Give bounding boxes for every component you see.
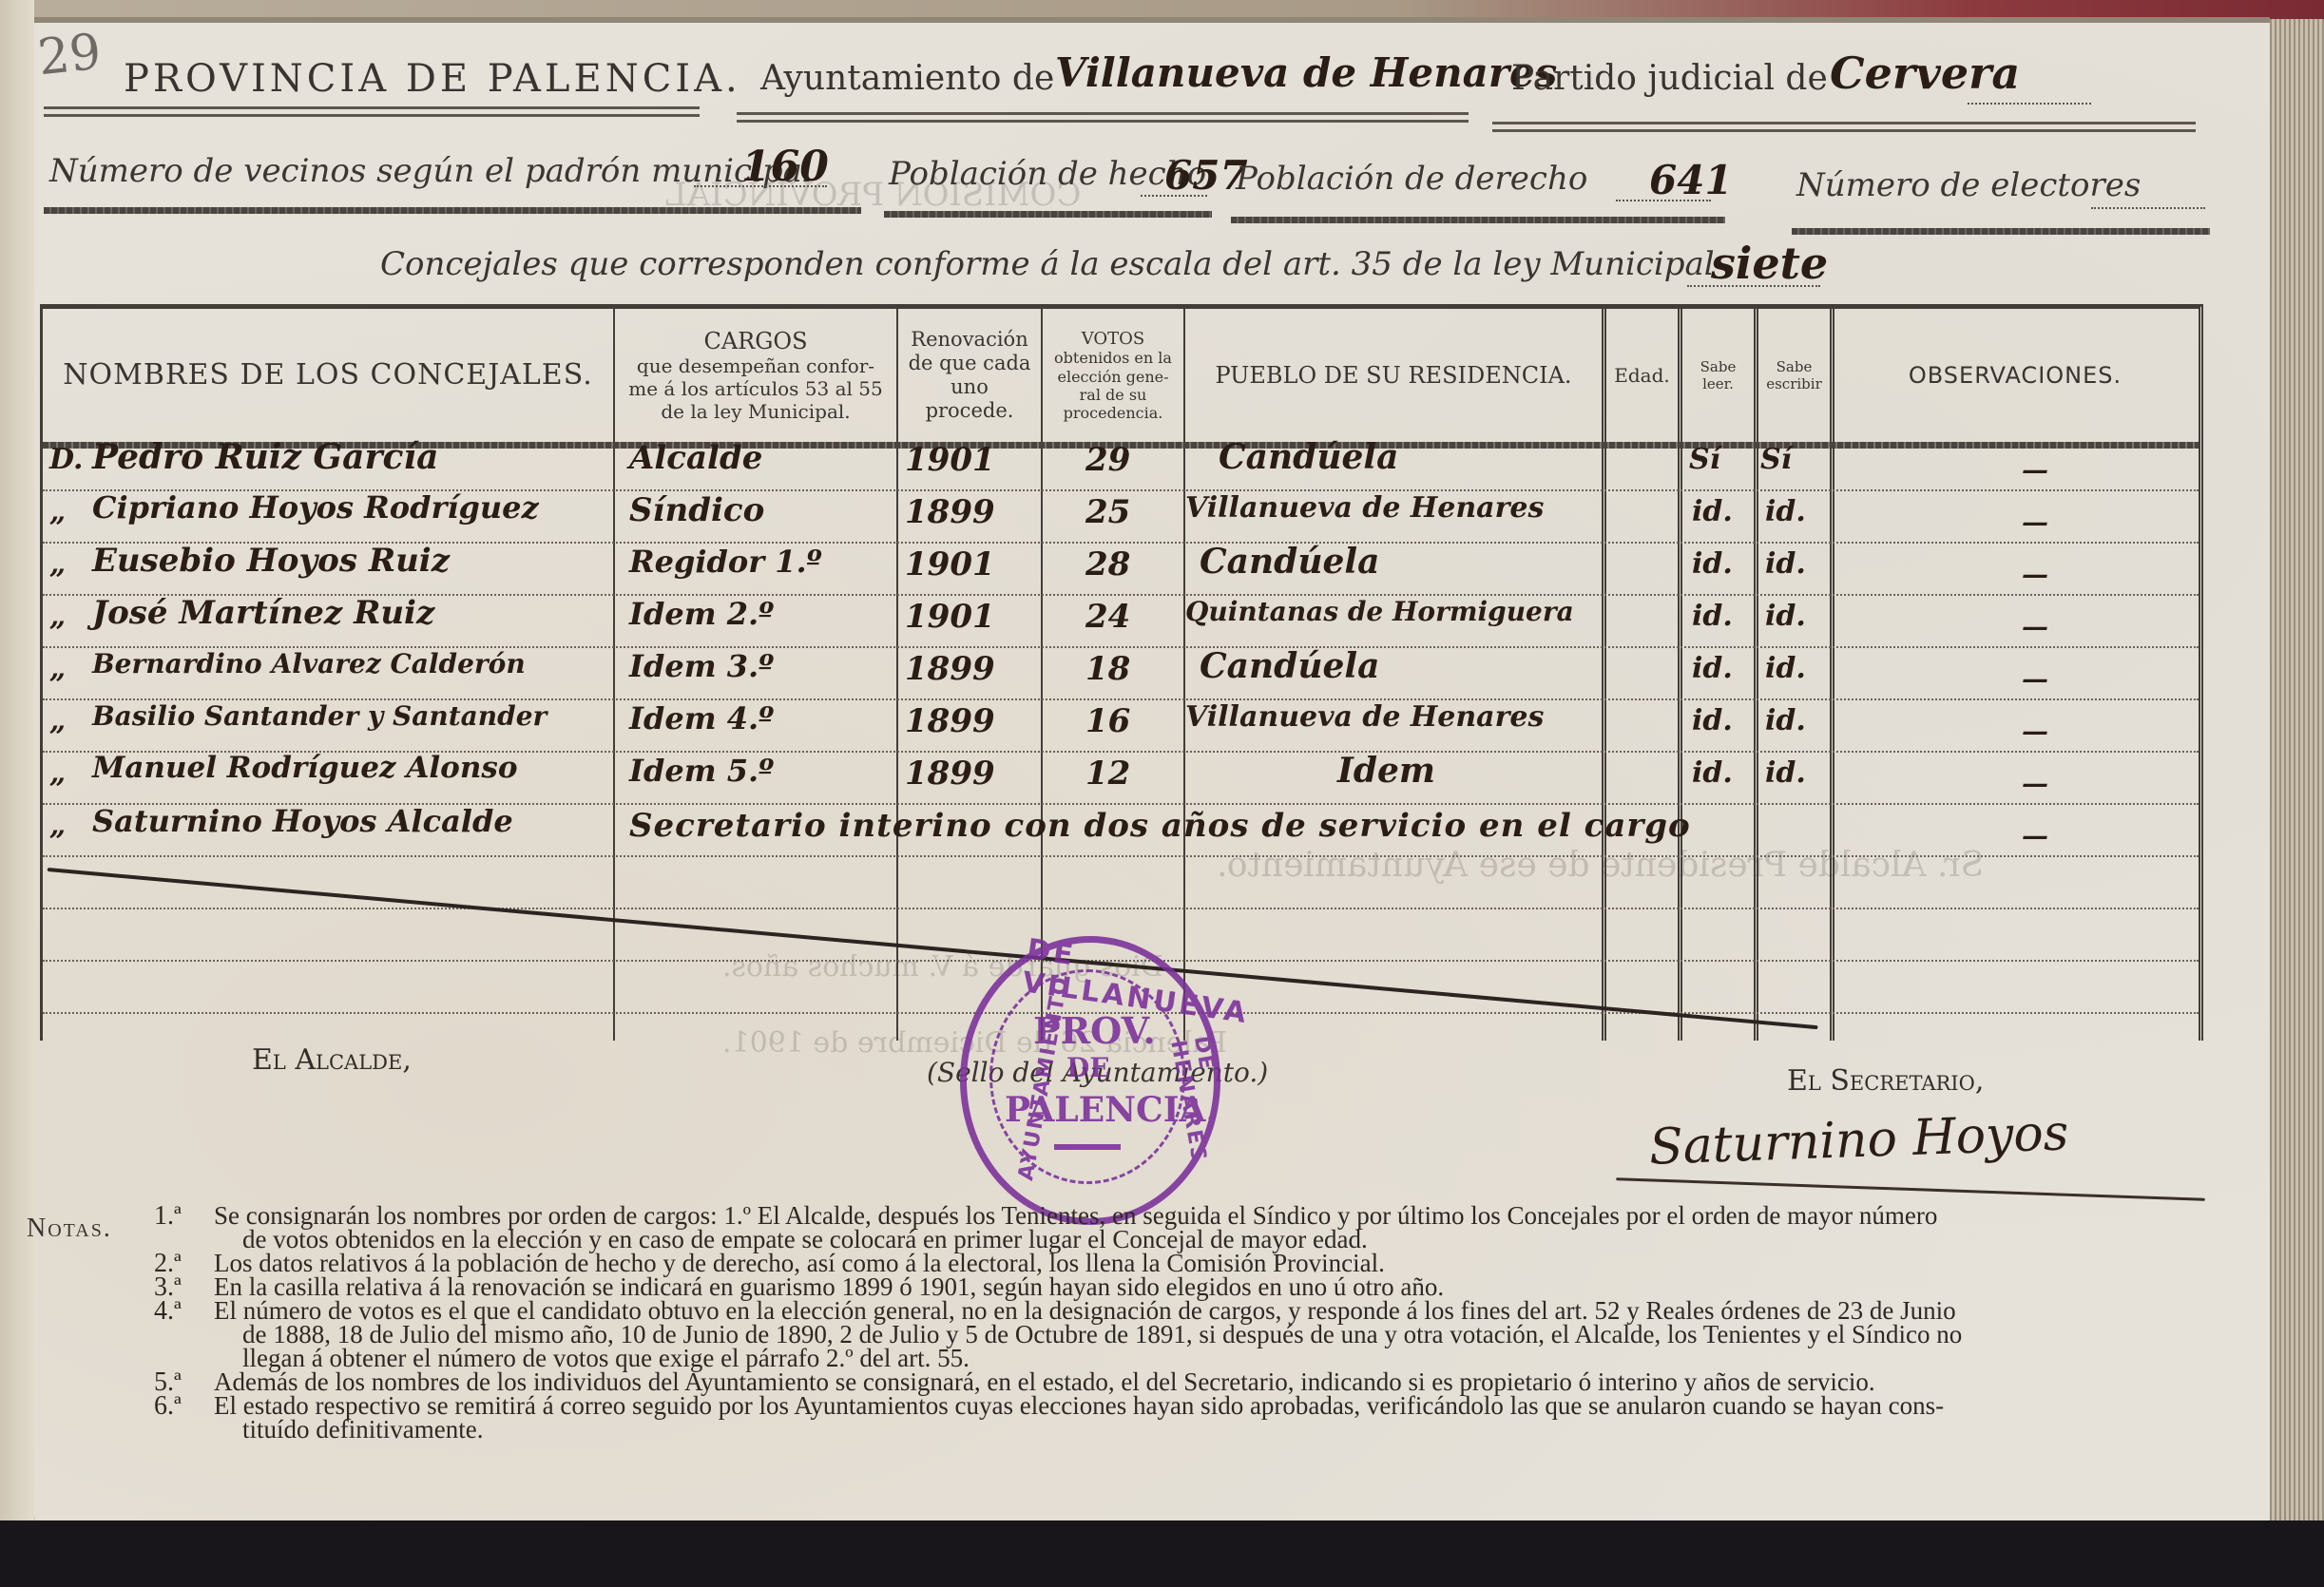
row-pueblo: Quintanas de Hormiguera [1185,596,1574,627]
row-nombre: Saturnino Hoyos Alcalde [92,803,513,839]
derecho-label: Población de derecho [1236,160,1587,198]
row-sabe-escribir: id. [1765,495,1806,528]
row-nombre: Eusebio Hoyos Ruiz [92,542,450,580]
table-row: „ Cipriano Hoyos Rodríguez Síndico 1899 … [40,488,2188,540]
derecho-value: 641 [1649,157,1733,203]
book-gutter [0,0,36,1530]
row-prefix: „ [49,809,66,842]
row-cargo: Idem 3.º [629,648,774,684]
row-prefix: „ [49,704,66,737]
row-observaciones: — [2022,663,2048,695]
row-votos: 28 [1085,545,1130,583]
row-votos: 12 [1085,755,1130,793]
row-secretario-note: Secretario interino con dos años de serv… [629,807,1691,845]
partido-value: Cervera [1830,48,2020,99]
stamp-dash [1054,1144,1121,1150]
row-observaciones: — [2022,507,2048,538]
hecho-label: Población de hecho [889,155,1206,193]
rule [1492,122,2196,132]
row-observaciones: — [2022,559,2048,590]
notes-label: Notas. [27,1214,112,1244]
row-prefix: „ [49,756,66,790]
row-prefix: „ [49,652,66,685]
row-renovacion: 1899 [905,755,995,793]
row-renovacion: 1901 [905,441,995,479]
rule [44,106,700,117]
stamp-center-line-2: DE [1066,1052,1110,1083]
dotted-leader [1687,285,1820,287]
table-row: „ Basilio Santander y Santander Idem 4.º… [40,697,2188,749]
row-pueblo: Candúela [1200,646,1379,686]
ayuntamiento-value: Villanueva de Henares [1055,49,1557,96]
folio-margin-note: 29 [35,24,104,87]
rule [44,207,861,214]
note-number: 1.ª [154,1203,182,1229]
row-prefix: „ [49,600,66,633]
row-pueblo: Villanueva de Henares [1185,700,1544,734]
row-votos: 16 [1085,702,1130,740]
row-sabe-leer: id. [1692,704,1733,737]
concejales-label: Concejales que corresponden conforme á l… [380,245,1715,283]
province-title: PROVINCIA DE PALENCIA. [124,57,741,101]
row-sabe-escribir: id. [1765,756,1806,790]
row-renovacion: 1899 [905,650,995,688]
row-sabe-escribir: id. [1765,600,1806,633]
row-renovacion: 1901 [905,545,995,583]
header-cargos: CARGOS que desempeñan confor-me á los ar… [615,309,896,442]
row-sabe-leer: Sí [1689,443,1720,476]
row-cargo: Regidor 1.º [629,544,822,580]
note-number: 4.ª [154,1298,182,1324]
row-votos: 25 [1085,493,1130,531]
row-pueblo: Candúela [1219,437,1398,477]
row-nombre: Pedro Ruiz García [92,437,438,477]
row-observaciones: — [2022,768,2048,799]
row-cargo: Idem 5.º [629,753,774,789]
row-observaciones: — [2022,454,2048,486]
secretario-label: El Secretario, [1787,1064,1984,1098]
rule [1231,217,1725,223]
partido-label: Partido judicial de [1511,59,1828,98]
rule [1792,228,2210,235]
row-nombre: Basilio Santander y Santander [92,700,547,732]
row-pueblo: Candúela [1200,542,1379,582]
row-renovacion: 1901 [905,598,995,636]
table-row: „ José Martínez Ruiz Idem 2.º 1901 24 Qu… [40,592,2188,644]
row-prefix: „ [49,547,66,581]
row-sabe-leer: id. [1692,652,1733,685]
header-cargos-title: CARGOS [703,328,807,355]
concejales-value: siete [1711,238,1828,289]
row-votos: 29 [1085,441,1130,479]
row-sabe-escribir: Sí [1760,443,1792,476]
row-nombre: Manuel Rodríguez Alonso [92,751,518,785]
book-page-edges [2267,19,2324,1558]
row-nombre: Cipriano Hoyos Rodríguez [92,489,539,526]
row-rule [43,908,2199,909]
table-row: „ Bernardino Alvarez Calderón Idem 3.º 1… [40,644,2188,697]
background-surface [0,1520,2324,1587]
row-cargo: Idem 2.º [629,596,774,632]
table-row: „ Manuel Rodríguez Alonso Idem 5.º 1899 … [40,749,2188,801]
dotted-leader [2091,207,2205,209]
row-cargo: Alcalde [629,439,762,477]
row-sabe-leer: id. [1692,547,1733,581]
row-sabe-escribir: id. [1765,704,1806,737]
row-observaciones: — [2022,611,2048,642]
rule [884,211,1212,218]
row-prefix: D. [49,443,83,476]
ayuntamiento-seal-stamp: DE VILLANUEVA AYUNTAMIENTO DE HENARES PR… [960,936,1220,1225]
header-observaciones: OBSERVACIONES. [1834,309,2196,442]
row-prefix: „ [49,495,66,528]
header-votos-sub: obtenidos en la elección gene-ral de su … [1043,349,1183,422]
row-sabe-escribir: id. [1765,547,1806,581]
header-votos-title: VOTOS [1082,329,1145,350]
row-votos: 18 [1085,650,1130,688]
row-pueblo: Idem [1337,751,1435,791]
row-nombre: José Martínez Ruiz [92,594,434,632]
dotted-leader [1141,195,1207,197]
table-row-secretario: „ Saturnino Hoyos Alcalde Secretario int… [40,801,2188,853]
vecinos-label: Número de vecinos según el padrón munici… [49,152,813,190]
header-votos: VOTOS obtenidos en la elección gene-ral … [1043,309,1183,442]
row-cargo: Idem 4.º [629,700,774,736]
row-nombre: Bernardino Alvarez Calderón [92,648,526,679]
note-text: El estado respectivo se remitirá á corre… [214,1393,2191,1419]
header-pueblo: PUEBLO DE SU RESIDENCIA. [1185,309,1602,442]
row-sabe-leer: id. [1692,600,1733,633]
row-rule [43,855,2199,857]
table-row: D. Pedro Ruiz García Alcalde 1901 29 Can… [40,435,2188,488]
row-votos: 24 [1085,598,1130,636]
vecinos-value: 160 [741,143,829,191]
row-pueblo: Villanueva de Henares [1185,491,1544,525]
row-observaciones: — [2022,716,2048,747]
ayuntamiento-label: Ayuntamiento de [760,59,1054,98]
note-text: tituído definitivamente. [242,1417,2219,1443]
row-renovacion: 1899 [905,702,995,740]
row-sabe-leer: id. [1692,756,1733,790]
electores-label: Número de electores [1796,166,2141,204]
row-sabe-leer: id. [1692,495,1733,528]
rule [737,112,1469,123]
row-observaciones: — [2022,820,2048,851]
alcalde-label: El Alcalde, [252,1043,412,1077]
row-sabe-escribir: id. [1765,652,1806,685]
row-renovacion: 1899 [905,493,995,531]
header-sabe-escribir: Sabe escribir [1758,309,1830,442]
dotted-leader [694,185,827,187]
header-cargos-sub: que desempeñan confor-me á los artículos… [615,354,896,423]
header-renovacion: Renovación de que cada uno procede. [898,309,1041,442]
dotted-leader [1968,103,2091,105]
note-number: 6.ª [154,1393,182,1419]
table-row: „ Eusebio Hoyos Ruiz Regidor 1.º 1901 28… [40,540,2188,592]
row-cargo: Síndico [629,491,764,529]
dotted-leader [1616,200,1711,201]
stamp-center-line-3: PALENCIA. [1005,1090,1218,1130]
header-sabe-leer: Sabe leer. [1682,309,1754,442]
stamp-center-line-1: PROV. [1033,1009,1156,1052]
header-edad: Edad. [1606,309,1678,442]
header-nombres: NOMBRES DE LOS CONCEJALES. [43,309,613,442]
